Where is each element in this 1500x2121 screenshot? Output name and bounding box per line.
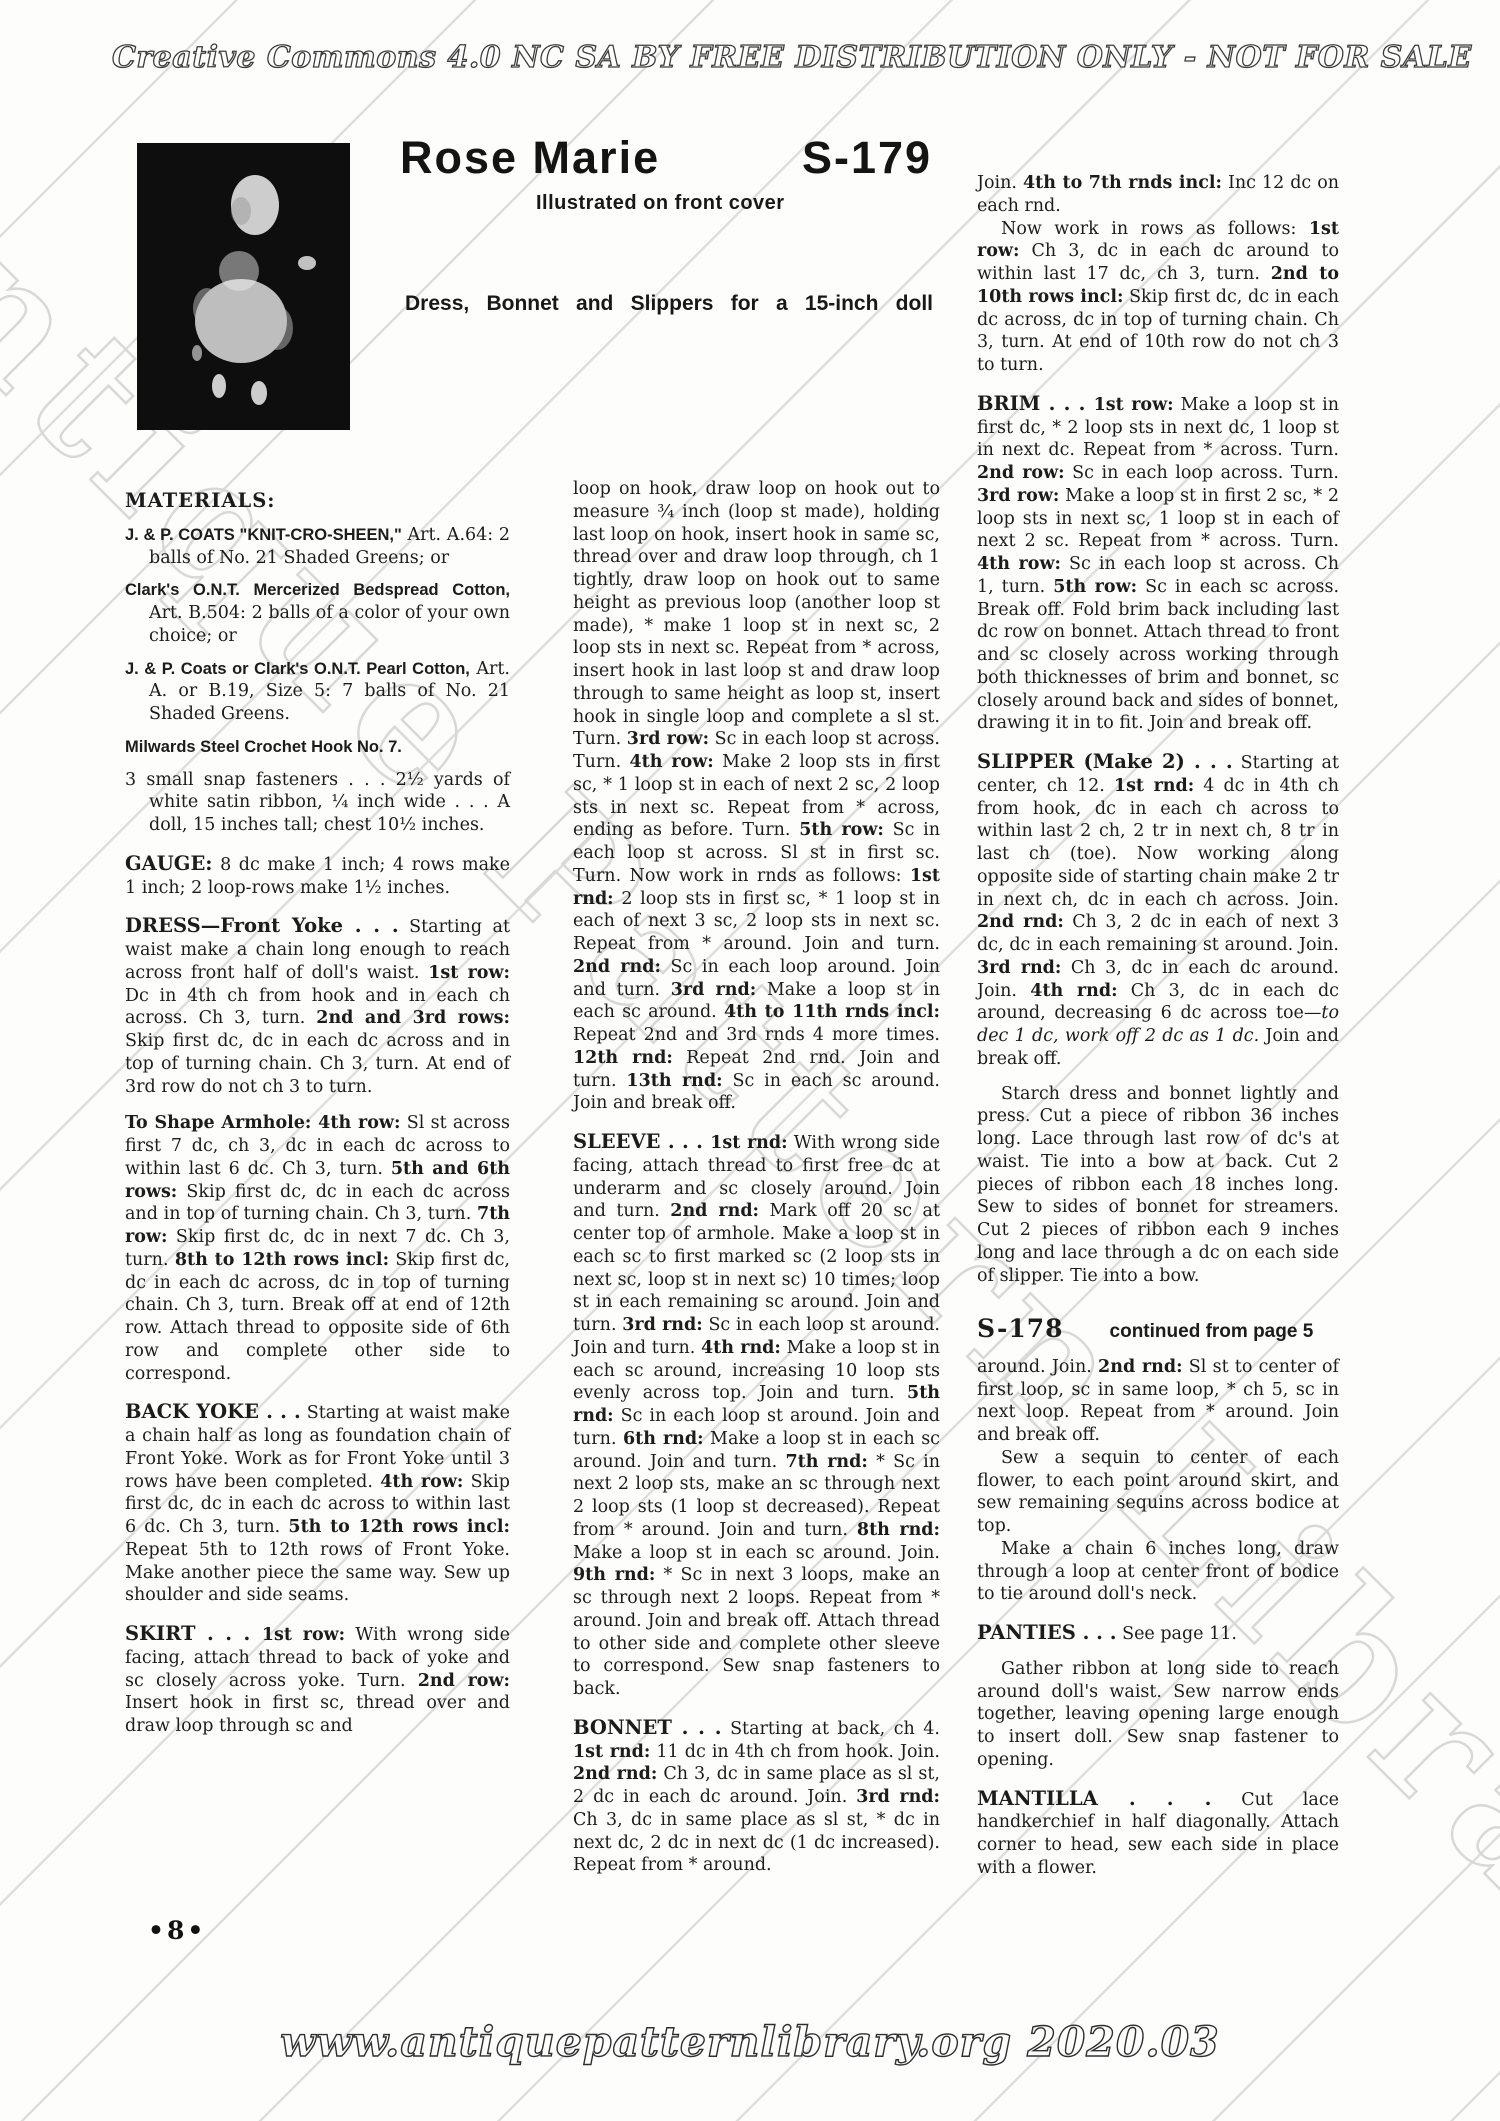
paragraph: Make a chain 6 inches long, draw through… [977, 1538, 1339, 1606]
paragraph: To Shape Armhole: 4th row: Sl st across … [125, 1112, 510, 1385]
paragraph: around. Join. 2nd rnd: Sl st to center o… [977, 1356, 1339, 1447]
paragraph: PANTIES . . . See page 11. [977, 1620, 1339, 1646]
paragraph: J. & P. Coats or Clark's O.N.T. Pearl Co… [125, 658, 510, 726]
doll-photo-image [137, 143, 350, 430]
paragraph: Clark's O.N.T. Mercerized Bedspread Cott… [125, 579, 510, 647]
text-column-3: Join. 4th to 7th rnds incl: Inc 12 dc on… [977, 172, 1339, 1880]
paragraph: Gather ribbon at long side to reach arou… [977, 1658, 1339, 1772]
paragraph: GAUGE: 8 dc make 1 inch; 4 rows make 1 i… [125, 851, 510, 900]
paragraph: S-178continued from page 5 [977, 1313, 1339, 1346]
paragraph: Sew a sequin to center of each flower, t… [977, 1447, 1339, 1538]
paragraph: Now work in rows as follows: 1st row: Ch… [977, 218, 1339, 377]
text-column-2: loop on hook, draw loop on hook out to m… [573, 478, 940, 1877]
text-column-1: MATERIALS:J. & P. COATS "KNIT-CRO-SHEEN,… [125, 488, 510, 1738]
paragraph: BACK YOKE . . . Starting at waist make a… [125, 1399, 510, 1607]
paragraph: SLIPPER (Make 2) . . . Starting at cente… [977, 749, 1339, 1071]
paragraph: BRIM . . . 1st row: Make a loop st in fi… [977, 391, 1339, 735]
paragraph: Starch dress and bonnet lightly and pres… [977, 1083, 1339, 1288]
paragraph: SLEEVE . . . 1st rnd: With wrong side fa… [573, 1129, 940, 1701]
illustrated-note: Illustrated on front cover [536, 192, 785, 215]
footer-watermark: www.antiquepatternlibrary.org 2020.03 [0, 2018, 1500, 2066]
paragraph: J. & P. COATS "KNIT-CRO-SHEEN," Art. A.6… [125, 524, 510, 570]
paragraph: MATERIALS: [125, 488, 510, 514]
paragraph: MANTILLA . . . Cut lace handkerchief in … [977, 1786, 1339, 1880]
pattern-title: Rose Marie [400, 132, 660, 184]
paragraph: DRESS—Front Yoke . . . Starting at waist… [125, 913, 510, 1098]
paragraph: Milwards Steel Crochet Hook No. 7. [125, 736, 510, 759]
pattern-number: S-179 [802, 132, 932, 184]
license-watermark: Creative Commons 4.0 NC SA BY FREE DISTR… [112, 40, 1472, 75]
scanned-pattern-page: Antique Pattern Library Creative Commons… [0, 0, 1500, 2121]
page-number: •8• [148, 1916, 206, 1945]
pattern-subtitle: Dress, Bonnet and Slippers for a 15-inch… [405, 292, 933, 316]
paragraph: Join. 4th to 7th rnds incl: Inc 12 dc on… [977, 172, 1339, 218]
paragraph: loop on hook, draw loop on hook out to m… [573, 478, 940, 1115]
paragraph: SKIRT . . . 1st row: With wrong side fac… [125, 1621, 510, 1738]
paragraph: BONNET . . . Starting at back, ch 4. 1st… [573, 1715, 940, 1877]
doll-photo [137, 143, 350, 430]
paragraph: 3 small snap fasteners . . . 2½ yards of… [125, 769, 510, 837]
